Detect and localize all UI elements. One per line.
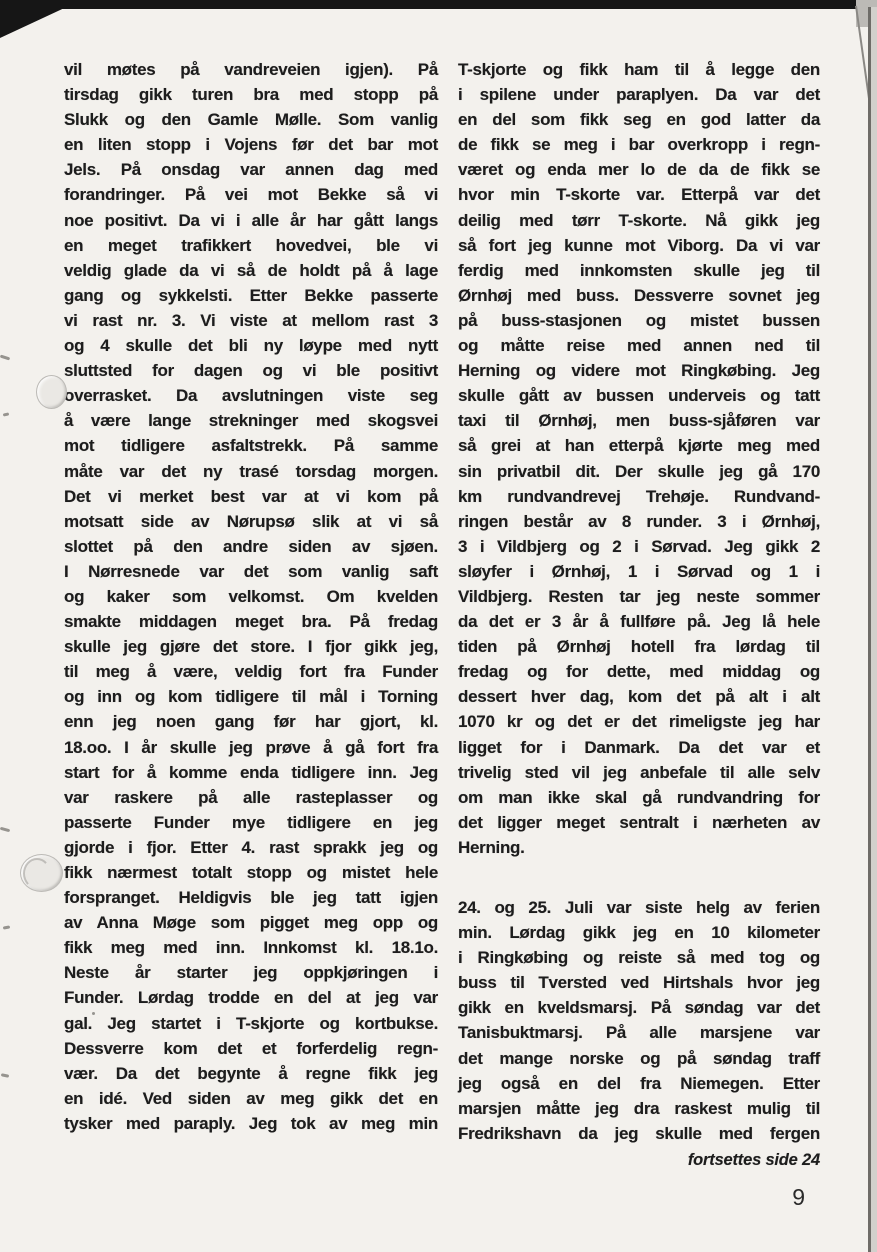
hole-punch bbox=[36, 375, 67, 409]
text-line: da det er 3 år å fullføre på. Jeg lå hel… bbox=[458, 609, 820, 634]
text-line: deilig med tørr T-skorte. Nå gikk jeg bbox=[458, 208, 820, 233]
text-line: slottet på den andre siden av sjøen. bbox=[64, 534, 438, 559]
text-line: en liten stopp i Vojens før det bar mot bbox=[64, 132, 438, 157]
scanned-page: vil møtes på vandreveien igjen). Påtirsd… bbox=[0, 0, 877, 1252]
text-line: på buss-stasjonen og mistet bussen bbox=[458, 308, 820, 333]
text-line: det ligger meget sentralt i nærheten av bbox=[458, 810, 820, 835]
text-line: 3 i Vildbjerg og 2 i Sørvad. Jeg gikk 2 bbox=[458, 534, 820, 559]
text-line: Slukk og den Gamle Mølle. Som vanlig bbox=[64, 107, 438, 132]
text-line: og måtte reise med annen ned til bbox=[458, 333, 820, 358]
text-line: tysker med paraply. Jeg tok av meg min bbox=[64, 1111, 438, 1136]
text-line: noe positivt. Da vi i alle år har gått l… bbox=[64, 208, 438, 233]
hole-punch bbox=[20, 854, 63, 892]
text-line: Jels. På onsdag var annen dag med bbox=[64, 157, 438, 182]
text-line: en del som fikk seg en god latter da bbox=[458, 107, 820, 132]
text-line: skulle jeg gjøre det store. I fjor gikk … bbox=[64, 634, 438, 659]
text-line: så grei at han etterpå kjørte meg med bbox=[458, 433, 820, 458]
text-line: trivelig sted vil jeg anbefale til alle … bbox=[458, 760, 820, 785]
text-line: T-skjorte og fikk ham til å legge den bbox=[458, 57, 820, 82]
text-line: mot tidligere asfaltstrekk. På samme bbox=[64, 433, 438, 458]
text-line: ringen består av 8 runder. 3 i Ørnhøj, bbox=[458, 509, 820, 534]
text-line: motsatt side av Nørupsø slik at vi så bbox=[64, 509, 438, 534]
paragraph-last-weekend: 24. og 25. Juli var siste helg av ferien… bbox=[458, 895, 820, 1146]
text-line: overrasket. Da avslutningen viste seg bbox=[64, 383, 438, 408]
text-line: taxi til Ørnhøj, men buss-sjåføren var bbox=[458, 408, 820, 433]
text-line: det mange norske og på søndag traff bbox=[458, 1046, 820, 1071]
text-line: fredag og for dette, med middag og bbox=[458, 659, 820, 684]
text-line: i Ringkøbing og reiste så med tog og bbox=[458, 945, 820, 970]
text-line: sløyfer i Ørnhøj, 1 i Sørvad og 1 i bbox=[458, 559, 820, 584]
text-line: fikk nærmest totalt stopp og mistet hele bbox=[64, 860, 438, 885]
text-line: gang og sykkelsti. Etter Bekke passerte bbox=[64, 283, 438, 308]
scan-speck bbox=[0, 355, 10, 361]
text-line: til meg å være, veldig fort fra Funder bbox=[64, 659, 438, 684]
text-line: så fort jeg kunne mot Viborg. Da vi var bbox=[458, 233, 820, 258]
text-line: Det vi merket best var at vi kom på bbox=[64, 484, 438, 509]
scan-speck bbox=[3, 925, 10, 929]
text-line: av Anna Møge som pigget meg opp og bbox=[64, 910, 438, 935]
text-line: forandringer. På vei mot Bekke så vi bbox=[64, 182, 438, 207]
paragraph-trip-report: T-skjorte og fikk ham til å legge deni s… bbox=[458, 57, 820, 860]
text-line: Neste år starter jeg oppkjøringen i bbox=[64, 960, 438, 985]
scan-speck bbox=[0, 827, 10, 832]
text-line: marsjen måtte jeg dra raskest mulig til bbox=[458, 1096, 820, 1121]
text-line: å være lange strekninger med skogsvei bbox=[64, 408, 438, 433]
text-line: i spilene under paraplyen. Da var det bbox=[458, 82, 820, 107]
article-left-column: vil møtes på vandreveien igjen). Påtirsd… bbox=[64, 57, 438, 1136]
scan-speck bbox=[92, 1012, 95, 1015]
text-line: passerte Funder mye tidligere en jeg bbox=[64, 810, 438, 835]
text-line: og kaker som velkomst. Om kvelden bbox=[64, 584, 438, 609]
text-line: km rundvandrevej Trehøje. Rundvand- bbox=[458, 484, 820, 509]
text-line: I Nørresnede var det som vanlig saft bbox=[64, 559, 438, 584]
text-line: og inn og kom tidligere til mål i Tornin… bbox=[64, 684, 438, 709]
text-line: fikk meg med inn. Innkomst kl. 18.1o. bbox=[64, 935, 438, 960]
text-line: Herning. bbox=[458, 835, 820, 860]
text-line: buss til Tversted ved Hirtshals hvor jeg bbox=[458, 970, 820, 995]
text-line: og 4 skulle det bli ny løype med nytt bbox=[64, 333, 438, 358]
text-line: Funder. Lørdag trodde en del at jeg var bbox=[64, 985, 438, 1010]
text-line: sluttsted for dagen og vi ble positivt bbox=[64, 358, 438, 383]
text-line: start for å komme enda tidligere inn. Je… bbox=[64, 760, 438, 785]
text-line: veldig glade da vi så de holdt på å lage bbox=[64, 258, 438, 283]
text-line: tirsdag gikk turen bra med stopp på bbox=[64, 82, 438, 107]
text-line: enn jeg noen gang før har gjort, kl. bbox=[64, 709, 438, 734]
scan-top-left-wedge bbox=[0, 0, 62, 38]
scan-speck bbox=[3, 412, 9, 416]
text-line: 18.oo. I år skulle jeg prøve å gå fort f… bbox=[64, 735, 438, 760]
text-line: Dessverre kom det et forferdelig regn- bbox=[64, 1036, 438, 1061]
text-line: været og enda mer lo de da de fikk se bbox=[458, 157, 820, 182]
text-line: forspranget. Heldigvis ble jeg tatt igje… bbox=[64, 885, 438, 910]
text-line: Ørnhøj med buss. Dessverre sovnet jeg bbox=[458, 283, 820, 308]
text-line: måte var det ny trasé torsdag morgen. bbox=[64, 459, 438, 484]
text-line: de fikk se meg i bar overkropp i regn- bbox=[458, 132, 820, 157]
text-line: jeg også en del fra Niemegen. Etter bbox=[458, 1071, 820, 1096]
text-line: skulle gått av bussen underveis og tatt bbox=[458, 383, 820, 408]
text-line: 1070 kr og det er det rimeligste jeg har bbox=[458, 709, 820, 734]
article-right-column: T-skjorte og fikk ham til å legge deni s… bbox=[458, 57, 820, 1146]
continuation-note: fortsettes side 24 bbox=[458, 1151, 820, 1170]
scan-speck bbox=[1, 1073, 9, 1078]
text-line: vær. Da det begynte å regne fikk jeg bbox=[64, 1061, 438, 1086]
page-number: 9 bbox=[458, 1184, 805, 1211]
text-line: en idé. Ved siden av meg gikk det en bbox=[64, 1086, 438, 1111]
scan-right-margin-strip bbox=[871, 7, 877, 1252]
text-line: min. Lørdag gikk jeg en 10 kilometer bbox=[458, 920, 820, 945]
text-line: sin privatbil dit. Der skulle jeg gå 170 bbox=[458, 459, 820, 484]
text-line: ferdig med innkomsten skulle jeg til bbox=[458, 258, 820, 283]
text-line: en meget trafikkert hovedvei, ble vi bbox=[64, 233, 438, 258]
text-line: Herning og videre mot Ringkøbing. Jeg bbox=[458, 358, 820, 383]
text-line: tiden på Ørnhøj hotell fra lørdag til bbox=[458, 634, 820, 659]
text-line: Fredrikshavn da jeg skulle med fergen bbox=[458, 1121, 820, 1146]
text-line: vi rast nr. 3. Vi viste at mellom rast 3 bbox=[64, 308, 438, 333]
text-line: hvor min T-skorte var. Etterpå var det bbox=[458, 182, 820, 207]
text-line: gikk en kveldsmarsj. På søndag var det bbox=[458, 995, 820, 1020]
text-line: var raskere på alle rasteplasser og bbox=[64, 785, 438, 810]
text-line: Vildbjerg. Resten tar jeg neste sommer bbox=[458, 584, 820, 609]
text-line: smakte middagen meget bra. På fredag bbox=[64, 609, 438, 634]
text-line: om man ikke skal gå rundvandring for bbox=[458, 785, 820, 810]
text-line: ligget for i Danmark. Da det var et bbox=[458, 735, 820, 760]
text-line: vil møtes på vandreveien igjen). På bbox=[64, 57, 438, 82]
text-line: 24. og 25. Juli var siste helg av ferien bbox=[458, 895, 820, 920]
text-line: gal. Jeg startet i T-skjorte og kortbuks… bbox=[64, 1011, 438, 1036]
text-line: Tanisbuktmarsj. På alle marsjene var bbox=[458, 1020, 820, 1045]
text-line: dessert hver dag, kom det på alt i alt bbox=[458, 684, 820, 709]
scan-top-edge bbox=[0, 0, 858, 9]
text-line: gjorde i fjor. Etter 4. rast sprakk jeg … bbox=[64, 835, 438, 860]
